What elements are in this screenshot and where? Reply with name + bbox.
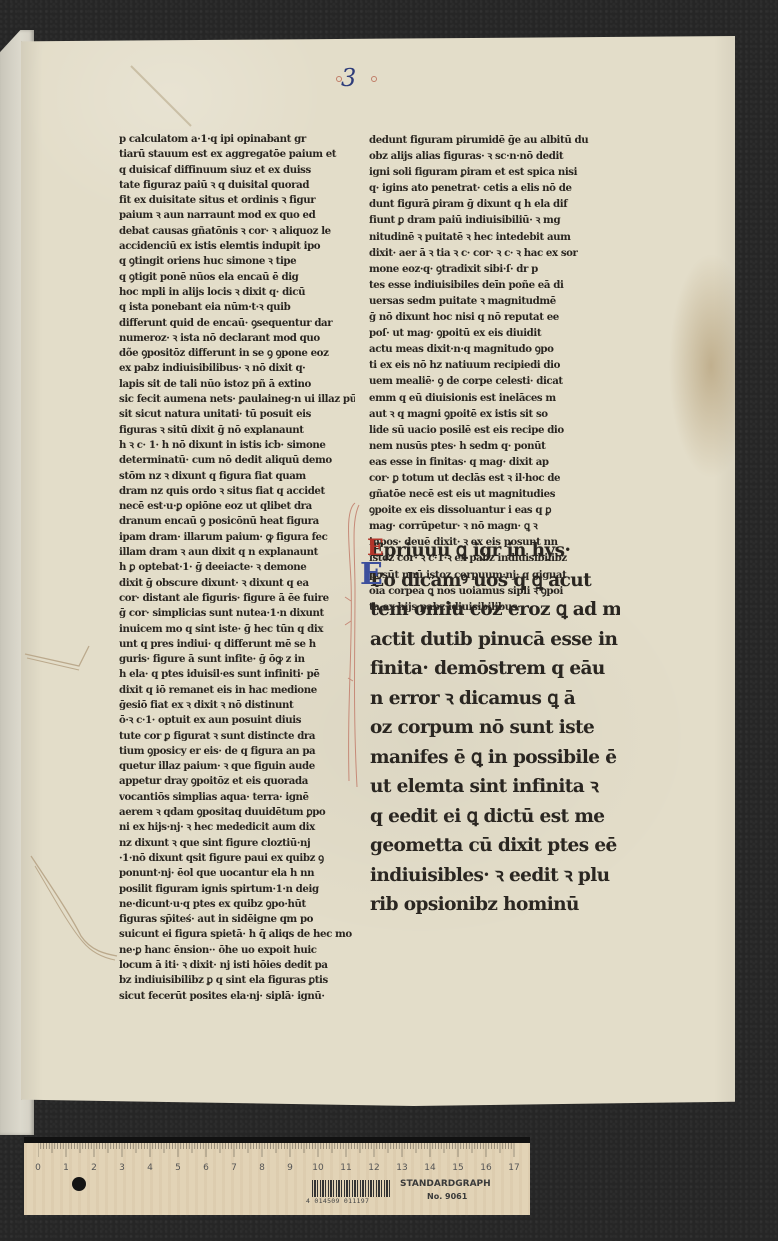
ruler-number: 10 [312,1163,323,1173]
text-line: ni ex hijs·nj· ꝛ hec mededicit aum dix [119,820,355,835]
text-line: dram nz quis ordo ꝛ situs fiat q accidet [119,484,355,499]
folio-dot-right [371,76,377,82]
red-initial: E [367,538,387,558]
text-line: n error ꝛ dicamus ꝗ ā [370,684,620,714]
text-line: geometta cū dixit ptes eē [370,831,620,861]
ruler-number: 2 [91,1163,97,1173]
text-line: accidenciū ex istis elemtis indupit ipo [119,239,355,254]
text-line: rib opsionibz hominū [370,890,620,920]
text-line: indiuisibles· ꝛ eedit ꝛ plu [370,861,620,891]
text-line: fiunt ꝑ dram paiū indiuisibiliū· ꝛ mg [369,212,619,228]
ruler-model-number: No. 9061 [427,1192,467,1201]
ruler-number: 0 [35,1163,41,1173]
text-line: lapis sit de tali nūo istoz pñ ā extino [119,377,355,392]
text-line: q· igins ato penetrat· cetis a elis nō d… [369,180,619,196]
folio-number: 3 [341,64,356,92]
text-line: necē est·u·ꝑ opiōne eoz ut qlibet dra [119,499,355,514]
text-line: mone eoz·q· ꝯtradixit sibi·ſ· dr p [369,261,619,277]
manuscript-leaf: 3 p calculatom a·1·q ipi opinabant grtia… [21,36,735,1106]
blue-initial: E [360,560,388,590]
text-line: ut elemta sint infinita ꝛ [370,772,620,802]
text-line: dõe ꝯpositōz differunt in se ꝯ ꝯpone eoz [119,346,355,361]
ruler-number: 1 [63,1163,69,1173]
text-line: ḡ cor· simplicias sunt nutea·1·n dixunt [119,606,355,621]
text-line: illam dram ꝛ aun dixit q n explanaunt [119,545,355,560]
ruler-number: 12 [368,1163,379,1173]
text-line: sic fecit aumena nets· ꝑaulaineg·n ui il… [119,392,355,407]
ruler-barcode [312,1180,390,1197]
text-line: sicut fecerūt posites ela·nj· siplā· ign… [119,989,355,1004]
ruler-number: 5 [175,1163,181,1173]
text-line: locum ā iti· ꝛ dixit· nj isti hōies dedi… [119,958,355,973]
text-line: sit sicut natura unitati· tū posuit eis [119,407,355,422]
text-line: tate figuraz paiū ꝛ q duisital quorad [119,178,355,193]
ruler-number: 17 [508,1163,519,1173]
ruler-number: 11 [340,1163,351,1173]
text-line: dedunt figuram pirumidē ḡe au albitū du [369,132,619,148]
text-line: ·1·nō dixunt qsit figure paui ex quibz ꝯ [119,851,355,866]
text-line: obz alijs alias figuras· ꝛ sc·n·nō dedit [369,148,619,164]
scale-ruler: 01234567891011121314151617 4 014509 0111… [24,1143,530,1215]
ruler-barcode-number: 4 014509 011197 [306,1197,369,1205]
ruler-brand: STANDARDGRAPH [400,1179,491,1189]
text-line: emm q eū diuisionis est inelāces m [369,390,619,406]
text-line: q ꝯtingit oriens huc simone ꝛ tipe [119,254,355,269]
ruler-number: 7 [231,1163,237,1173]
text-line: nem nusūs ptes· h sedm q· ponūt [369,438,619,454]
text-line: h ꝑ optebat·1· ḡ deeiacte· ꝛ demone [119,560,355,575]
text-line: ne·ꝑ hanc ēnsion·· ōhe uo expoit huic [119,943,355,958]
text-line: inuicem mo q sint iste· ḡ hec tūn q dix [119,622,355,637]
ruler-number: 6 [203,1163,209,1173]
text-line: dixit q iō remanet eis in hac medione [119,683,355,698]
left-text-column: p calculatom a·1·q ipi opinabant grtiarū… [119,132,355,1004]
text-line: tem omiu coz eroz ꝗ ad mas [370,595,620,625]
text-line: h ꝛ c· 1· h nō dixunt in istis icb· simo… [119,438,355,453]
text-line: aerem ꝛ qdam ꝯpositaq duuidētum ꝑpo [119,805,355,820]
text-line: uem mealiē· ꝯ de corpe celesti· dicat [369,373,619,389]
text-line: tiarū stauum est ex aggregatōe paium et [119,147,355,162]
text-line: nz dixunt ꝛ que sint figure cloztiū·nj [119,836,355,851]
text-line: oz corpum nō sunt iste [370,713,620,743]
text-line: cor· ꝑ totum ut declās est ꝛ il·hoc de [369,470,619,486]
ruler-number: 9 [287,1163,293,1173]
text-line: h ela· q ptes iduisil·es sunt infiniti· … [119,667,355,682]
text-line: quetur illaz paium· ꝛ que figuin aude [119,759,355,774]
text-line: gñatōe necē est eis ut magnitudies [369,486,619,502]
text-line: Epriuuu ꝗ igr in hys· [370,536,620,566]
text-line: ipam dram· illarum paium· ꝙ figura fec [119,530,355,545]
text-line: tium ꝯposicy er eis· de q figura an pa [119,744,355,759]
text-line: dunt figurā ꝑiram ḡ dixunt q h ela dif [369,196,619,212]
text-line: uersas sedm puitate ꝛ magnitudmē [369,293,619,309]
text-line: Eo dicamꝰ uos q ꝗ acut [370,566,620,596]
ruler-number: 3 [119,1163,125,1173]
text-line: manifes ē ꝗ in possibile ē [370,743,620,773]
text-line: mag· corrūpetur· ꝛ nō magn· ꝗ ꝛ [369,518,619,534]
text-line: ḡesiō fiat ex ꝛ dixit ꝛ nō distinunt [119,698,355,713]
text-line: aut ꝛ q magni ꝯpoitē ex istis sit so [369,406,619,422]
text-line: paium ꝛ aun narraunt mod ex quo ed [119,208,355,223]
text-line: ꝯpoite ex eis dissoluantur i eas q ꝑ [369,502,619,518]
text-line: guris· figure ā sunt infite· ḡ ōꝙ z in [119,652,355,667]
text-line: figuras sp̄iteś· aut in sidēigne qm po [119,912,355,927]
text-line: ne·dicunt·u·q ptes ex quibz ꝯpo·hūt [119,897,355,912]
text-line: unt q pres indiui· q differunt mē se h [119,637,355,652]
text-line: tute cor ꝑ figurat ꝛ sunt distincte dra [119,729,355,744]
text-line: dranum encaū ꝯ posicōnū heat figura [119,514,355,529]
text-line: determinatū· cum nō dedit aliquū demo [119,453,355,468]
text-line: q ꝯtigit ponē nūos ela encaū ē dig [119,270,355,285]
text-line: actit dutib pinucā esse in [370,625,620,655]
text-line: poſ· ut mag· ꝯpoitū ex eis diuidit [369,325,619,341]
text-line: finita· demōstrem q eāu [370,654,620,684]
text-line: dixit· aer ā ꝛ tia ꝛ c· cor· ꝛ c· ꝛ hac … [369,245,619,261]
ruler-number: 15 [452,1163,463,1173]
text-line: posilit figuram ignis spirtum·1·n deig [119,882,355,897]
text-line: p calculatom a·1·q ipi opinabant gr [119,132,355,147]
ruler-hang-hole [72,1177,86,1191]
text-line: q eedit ei ꝗ dictū est me [370,802,620,832]
ruler-number: 13 [396,1163,407,1173]
text-line: tes esse indiuisibiles deīn poñe eā di [369,277,619,293]
right-text-column-lower: Epriuuu ꝗ igr in hys·Eo dicamꝰ uos q ꝗ a… [370,536,620,920]
text-line: appetur dray ꝯpoitōz et eis quorada [119,774,355,789]
text-line: ō·ꝛ c·1· optuit ex aun posuint diuis [119,713,355,728]
text-line: lide sū uacio posilē est eis recipe dio [369,422,619,438]
text-line: nitudinē ꝛ puitatē ꝛ hec intedebit aum [369,229,619,245]
initial-penwork-flourish [337,501,367,791]
text-line: ex pabz indiuisibilibus· ꝛ nō dixit q· [119,361,355,376]
text-line: eas esse in finitas· q mag· dixit ap [369,454,619,470]
text-line: cor· distant ale figuris· figure ā ēe fu… [119,591,355,606]
text-line: q duisicaf diffinuum siuz et ex duiss [119,163,355,178]
ruler-ticks [38,1143,518,1169]
text-line: bz indiuisibilibz ꝑ q sint ela figuras ꝑ… [119,973,355,988]
text-line: debat causas gñatōnis ꝛ cor· ꝛ aliquoz l… [119,224,355,239]
text-line: vocantiōs simplias aqua· terra· ignē [119,790,355,805]
ruler-number: 14 [424,1163,435,1173]
text-line: suicunt ei figura spietā· h q̄ aliqs de … [119,927,355,942]
ruler-number: 4 [147,1163,153,1173]
text-line: stōm nz ꝛ dixunt q figura fiat quam [119,469,355,484]
ruler-number: 8 [259,1163,265,1173]
text-line: dixit ḡ obscure dixunt· ꝛ dixunt q ea [119,576,355,591]
text-line: igni soli figuram ꝑiram et est spica nis… [369,164,619,180]
text-line: ti ex eis nō hz natiuum recipiedi dio [369,357,619,373]
text-line: ḡ nō dixunt hoc nisi q nō reputat ee [369,309,619,325]
text-line: figuras ꝛ sitū dixit ḡ nō explanaunt [119,423,355,438]
text-line: fit ex duisitate situs et ordinis ꝛ figu… [119,193,355,208]
text-line: q ista ponebant eia nūm·t·ꝛ quib [119,300,355,315]
ruler-number: 16 [480,1163,491,1173]
text-line: hoc mpli in alijs locis ꝛ dixit q· dicū [119,285,355,300]
text-line: ponunt·nj· ēol que uocantur ela h nn [119,866,355,881]
text-line: differunt quid de encaū· ꝯsequentur dar [119,316,355,331]
text-line: actu meas dixit·n·q magnitudo ꝯpo [369,341,619,357]
text-line: numeroz· ꝛ ista nō declarant mod quo [119,331,355,346]
